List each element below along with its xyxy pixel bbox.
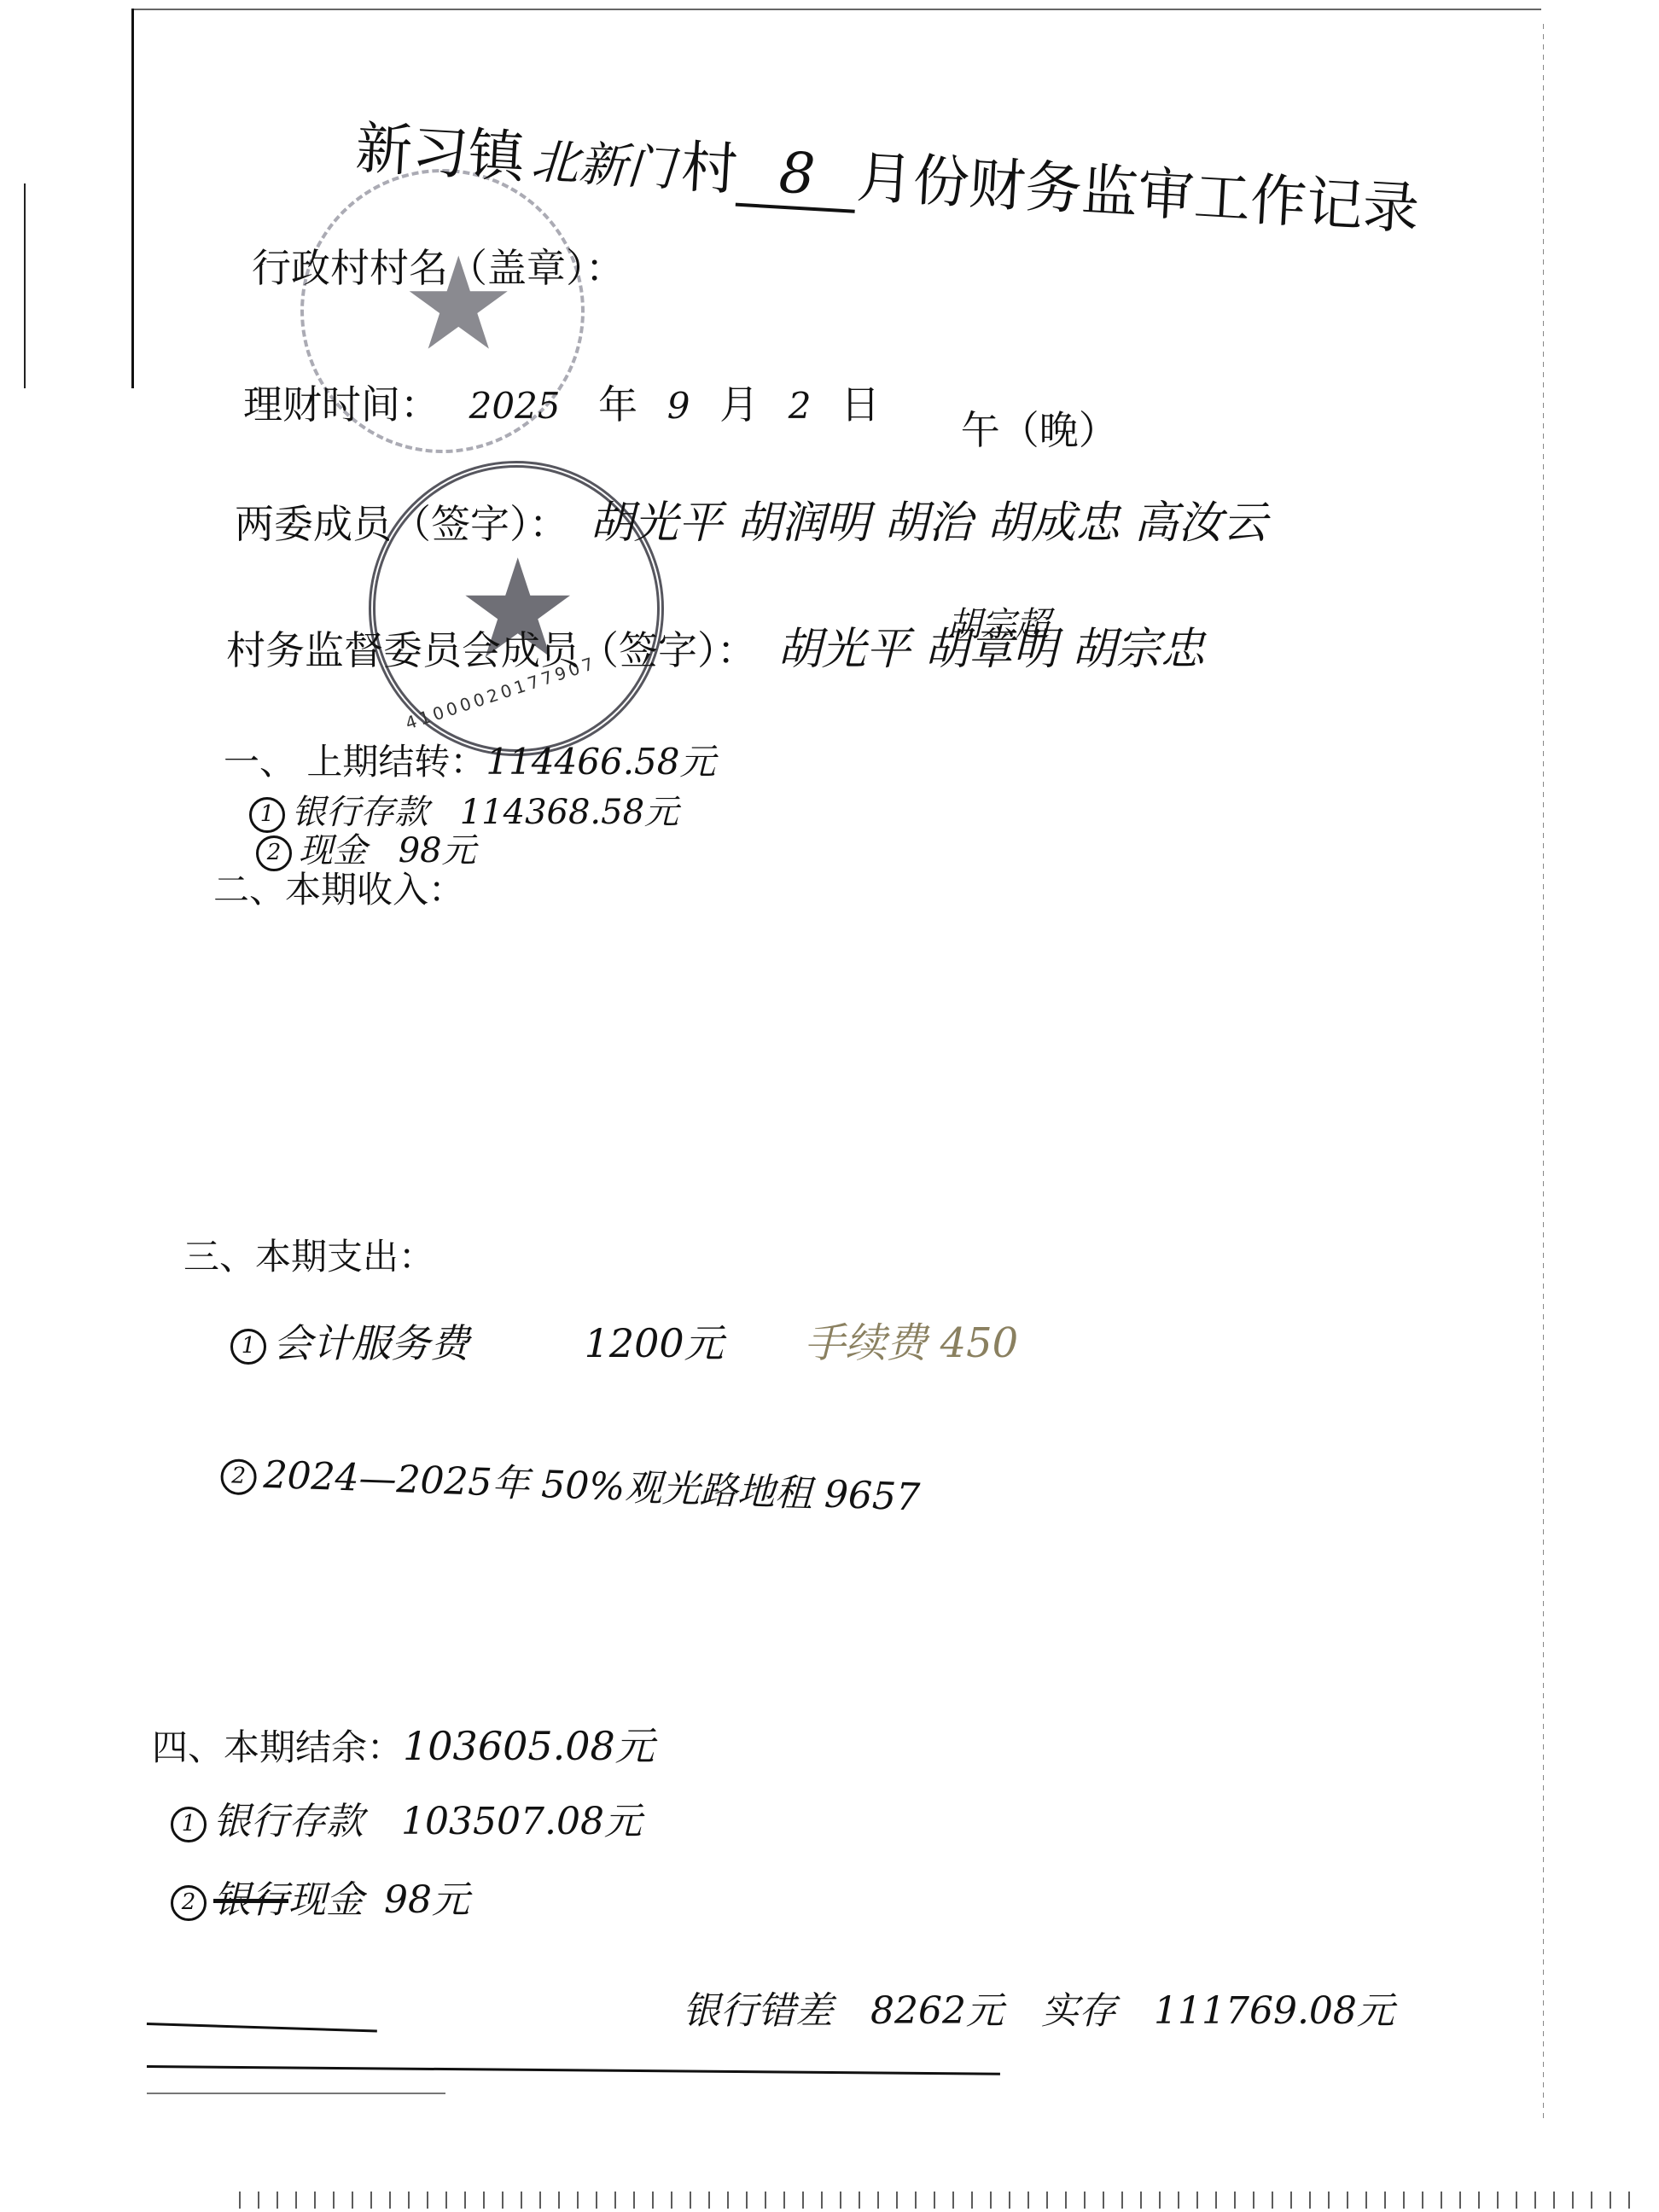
month-value: 9 [667,385,690,427]
balance-item-cash: 2银行现金 98元 [171,1869,469,1924]
item-number: 1 [230,1329,266,1365]
section-expense: 三、本期支出： [183,1229,434,1280]
divider-line [147,2093,445,2094]
bank-diff-value: 8262元 [870,1989,1004,2033]
finance-time-label: 理财时间： [243,381,439,428]
item-amount: 114368.58元 [460,793,678,832]
title-town: 新习镇 [354,115,527,190]
section-income: 二、本期收入： [213,862,464,913]
title-month: 8 [736,137,859,213]
village-name-label: 行政村村名（盖章）： [252,245,625,291]
fee-note: 手续费 450 [804,1319,1018,1367]
carryover-heading: 一、 上期结转： [224,741,486,783]
committee-signatures: 胡光平 胡润明 胡治 胡成忠 高汝云 [590,498,1267,549]
item-label: 银行存款 [213,1800,364,1843]
item-number: 2 [171,1885,207,1921]
scan-artifacts [239,2192,1647,2209]
struck-text: 银行 [213,1878,288,1922]
divider-line [147,2065,1000,2075]
page-border-left [131,9,134,388]
balance-total: 103605.08元 [403,1723,655,1769]
supervisors-label: 村务监督委员会成员（签字）： [226,627,756,673]
section-carryover: 一、 上期结转：114466.58元 [224,734,715,785]
item-number: 2 [220,1458,257,1494]
finance-time-row: 理财时间： 2025 年 9 月 2 日 午（晚） [243,374,1118,430]
supervisor-signatures: 胡光平 胡章明 胡宗忠 [777,624,1205,675]
supervisors-row: 村务监督委员会成员（签字）： 胡光平 胡章明 胡宗忠 [226,613,1205,677]
committee-members-row: 两委成员（签字）： 胡光平 胡润明 胡治 胡成忠 高汝云 [235,486,1267,550]
actual-value: 111769.08元 [1154,1989,1394,2033]
actual-label: 实存 [1041,1989,1116,2033]
year-unit: 年 [598,381,637,428]
page-edge-mark [24,183,26,388]
title-rest: 月份财务监审工作记录 [855,144,1421,242]
day-value: 2 [789,385,812,427]
page-border-right [1543,24,1544,2123]
item-label: 现金 [288,1878,364,1922]
year-value: 2025 [469,385,561,427]
item-label: 2024—2025年 50%观光路地租 9657 [263,1453,921,1520]
committee-members-label: 两委成员（签字）： [235,501,568,547]
expense-item-accounting: 1会计服务费 1200元 手续费 450 [230,1310,1018,1369]
section-balance: 四、本期结余：103605.08元 [152,1715,655,1772]
day-unit: 日 [841,381,880,428]
item-amount: 103507.08元 [401,1800,642,1843]
title-village: 北新门 [529,134,675,198]
month-unit: 月 [719,381,759,428]
balance-item-bank: 1银行存款 103507.08元 [171,1790,642,1845]
bank-discrepancy-note: 银行错差 8262元 实存 111769.08元 [683,1980,1394,2034]
expense-item-road-rent: 22024—2025年 50%观光路地租 9657 [220,1442,921,1522]
title-village-suffix: 村 [679,134,739,203]
carryover-total: 114466.58元 [486,741,715,783]
item-amount: 98元 [384,1878,469,1922]
item-number: 1 [171,1807,207,1842]
item-label: 会计服务费 [273,1320,469,1366]
page-border-top [133,9,1541,10]
bank-diff-label: 银行错差 [683,1989,833,2033]
item-amount: 1200元 [585,1320,724,1366]
period-label: 午（晚） [961,407,1118,453]
divider-line [147,2023,377,2032]
village-name-row: 行政村村名（盖章）： [252,237,625,294]
balance-heading: 四、本期结余： [152,1726,403,1768]
